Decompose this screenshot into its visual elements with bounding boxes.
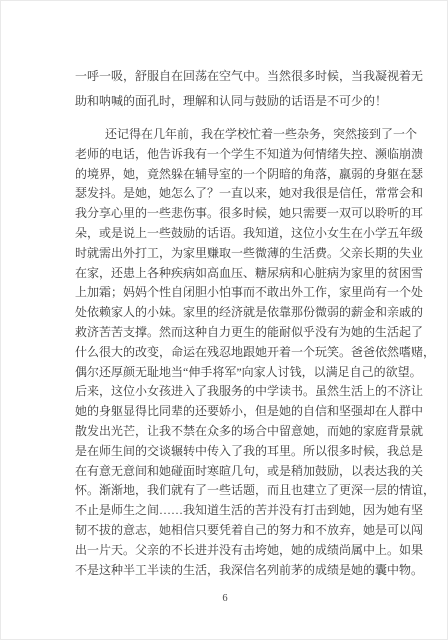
text-line: 出一片天。父亲的不长进并没有击垮她，她的成绩尚属中上。如果	[75, 541, 419, 561]
text-line: 时就需出外打工，为家里赚取一些微薄的生活费。父亲长期的失业	[75, 244, 419, 264]
text-line: 是在师生间的交谈辗转中传入了我的耳里。所以很多时候，我总是	[75, 442, 419, 462]
text-line: 瑟发抖。是她，她怎么了？一直以来，她对我很是信任，常常会和	[75, 184, 419, 204]
text-line: 还记得在几年前，我在学校忙着一些杂务，突然接到了一个	[75, 125, 419, 145]
document-page: 一呼一吸，舒服自在回荡在空气中。当然很多时候，当我凝视着无 助和呐喊的面孔时，理…	[0, 0, 448, 640]
page-number: 6	[1, 593, 448, 604]
paragraph-2: 还记得在几年前，我在学校忙着一些杂务，突然接到了一个 老师的电话，他告诉我有一个…	[75, 125, 419, 580]
text-line: 不止是师生之间……我知道生活的苦并没有打击到她，因为她有坚	[75, 501, 419, 521]
text-line: 怀。渐渐地，我们就有了一些话题，而且也建立了更深一层的情谊，	[75, 481, 419, 501]
paragraph-1: 一呼一吸，舒服自在回荡在空气中。当然很多时候，当我凝视着无 助和呐喊的面孔时，理…	[75, 64, 419, 114]
text-line: 她的身躯显得比同辈的还要娇小，但是她的自信和坚强却在人群中	[75, 402, 419, 422]
text-line: 什么很大的改变，命运在残忍地跟她开着一个玩笑。爸爸依然嗜赌，	[75, 343, 419, 363]
text-line: 朵，或是说上一些鼓励的话语。我知道，这位小女生在小学五年级	[75, 224, 419, 244]
text-line: 的境界，她，竟然躲在辅导室的一个阴暗的角落，羸弱的身躯在瑟	[75, 165, 419, 185]
text-line: 散发出光芒，让我不禁在众多的场合中留意她，而她的家庭背景就	[75, 422, 419, 442]
text-line: 我分享心里的一些悲伤事。很多时候，她只需要一双可以聆听的耳	[75, 204, 419, 224]
text-line: 在家，还患上各种疾病如高血压、糖尿病和心脏病为家里的贫困雪	[75, 264, 419, 284]
text-line: 救济苦苦支撑。然而这种自力更生的能耐似乎没有为她的生活起了	[75, 323, 419, 343]
text-line: 上加霜；妈妈个性自闭胆小怕事而不敢出外工作，家里尚有一个处	[75, 283, 419, 303]
text-line: 处依赖家人的小妹。家里的经济就是依靠那份微弱的薪金和亲戚的	[75, 303, 419, 323]
text-line: 在有意无意间和她碰面时寒暄几句，或是稍加鼓励，以表达我的关	[75, 462, 419, 482]
text-line: 一呼一吸，舒服自在回荡在空气中。当然很多时候，当我凝视着无	[75, 64, 419, 89]
text-block: 一呼一吸，舒服自在回荡在空气中。当然很多时候，当我凝视着无 助和呐喊的面孔时，理…	[75, 64, 419, 580]
text-line: 偶尔还厚颜无耻地当“伸手将军”向家人讨钱，以满足自己的欲望。	[75, 363, 419, 383]
text-line: 助和呐喊的面孔时，理解和认同与鼓励的话语是不可少的！	[75, 89, 419, 114]
text-line: 韧不拔的意志，她相信只要凭着自己的努力和不放弃，她是可以闯	[75, 521, 419, 541]
text-line: 老师的电话，他告诉我有一个学生不知道为何情绪失控、濒临崩溃	[75, 145, 419, 165]
text-line: 不是这种半工半读的生活，我深信名列前茅的成绩是她的囊中物。	[75, 561, 419, 581]
text-line: 后来，这位小女孩进入了我服务的中学读书。虽然生活上的不济让	[75, 382, 419, 402]
